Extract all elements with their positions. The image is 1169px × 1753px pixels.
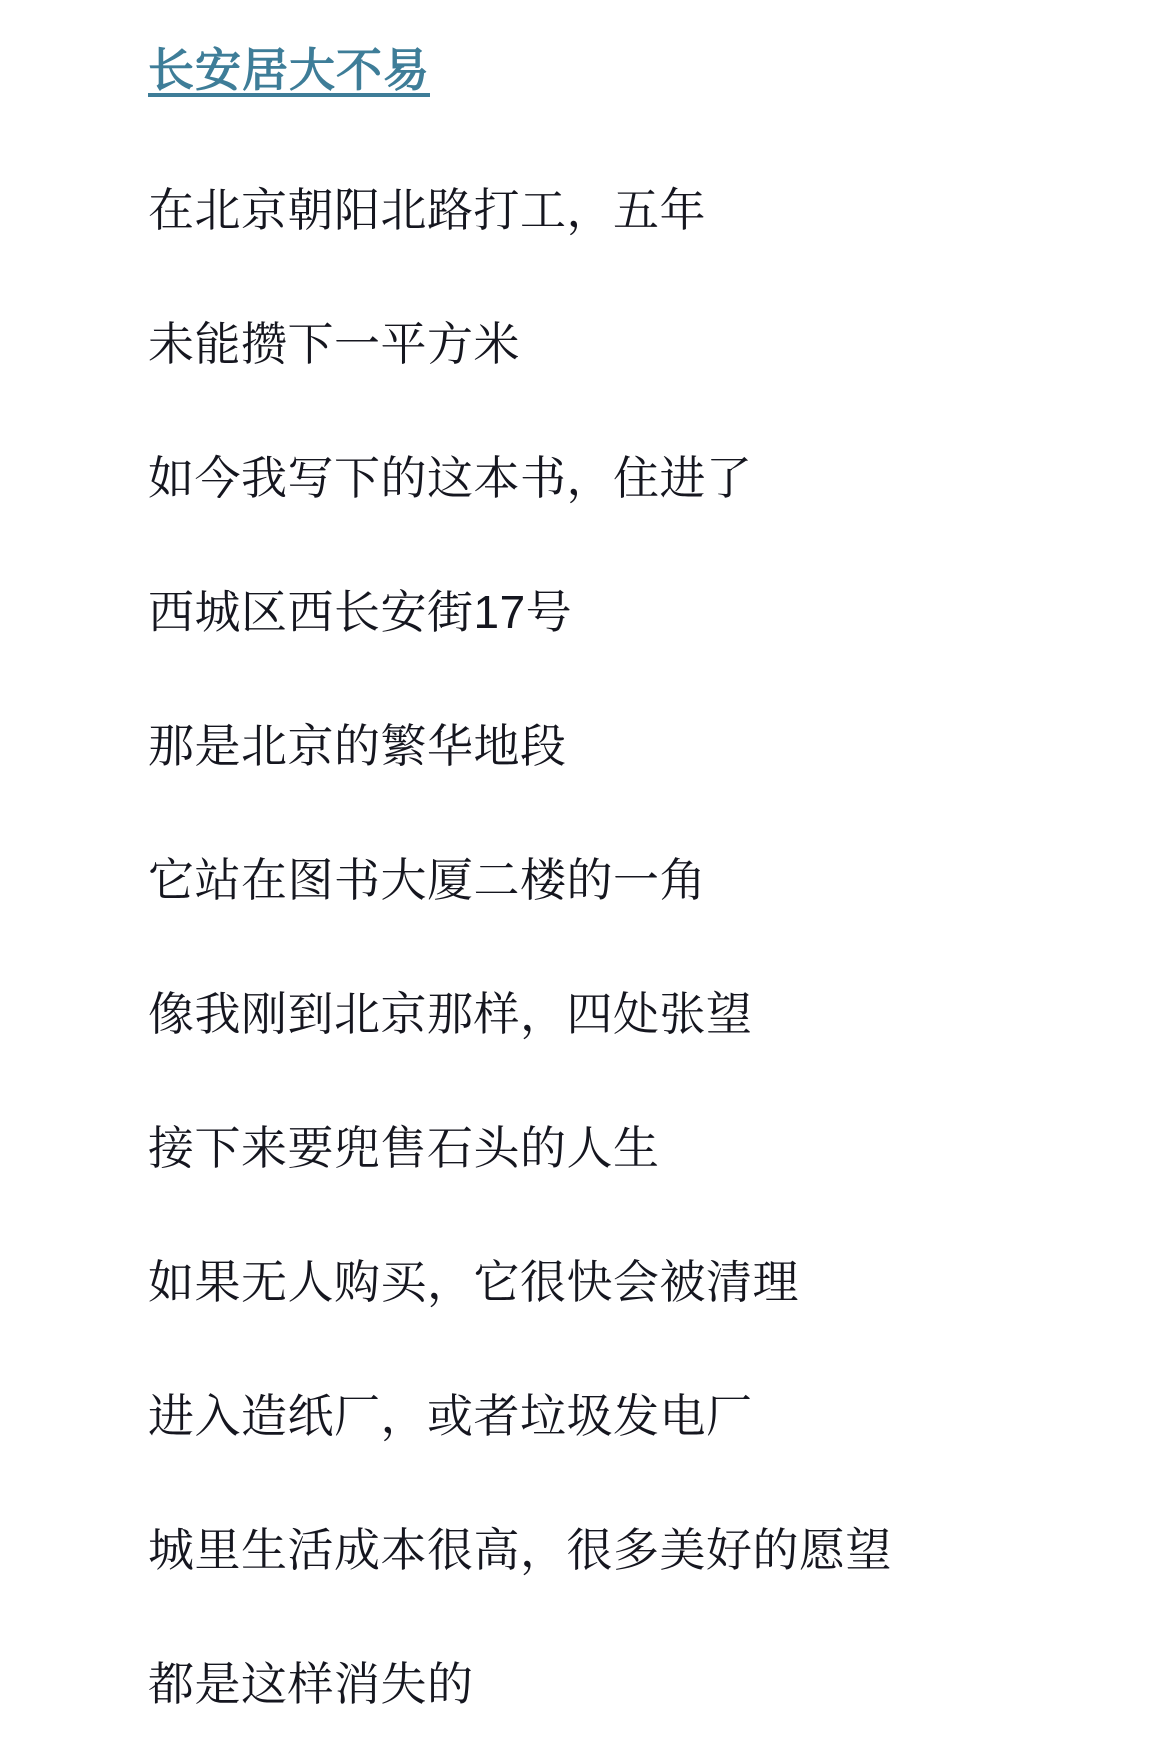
poem-line: 那是北京的繁华地段 [148,719,1109,774]
poem-line: 在北京朝阳北路打工，五年 [148,183,1109,238]
poem-body: 在北京朝阳北路打工，五年未能攒下一平方米如今我写下的这本书，住进了西城区西长安街… [148,183,1109,1712]
poem-line: 西城区西长安街17号 [148,585,1109,640]
article-page: 长安居大不易 在北京朝阳北路打工，五年未能攒下一平方米如今我写下的这本书，住进了… [0,0,1169,1753]
poem-line: 像我刚到北京那样，四处张望 [148,987,1109,1042]
poem-line: 城里生活成本很高，很多美好的愿望 [148,1523,1109,1578]
poem-line: 如今我写下的这本书，住进了 [148,451,1109,506]
poem-line: 未能攒下一平方米 [148,317,1109,372]
poem-line: 它站在图书大厦二楼的一角 [148,853,1109,908]
page-title[interactable]: 长安居大不易 [148,44,430,97]
poem-line: 进入造纸厂，或者垃圾发电厂 [148,1389,1109,1444]
poem-line: 接下来要兜售石头的人生 [148,1121,1109,1176]
poem-line: 如果无人购买，它很快会被清理 [148,1255,1109,1310]
poem-line: 都是这样消失的 [148,1657,1109,1712]
